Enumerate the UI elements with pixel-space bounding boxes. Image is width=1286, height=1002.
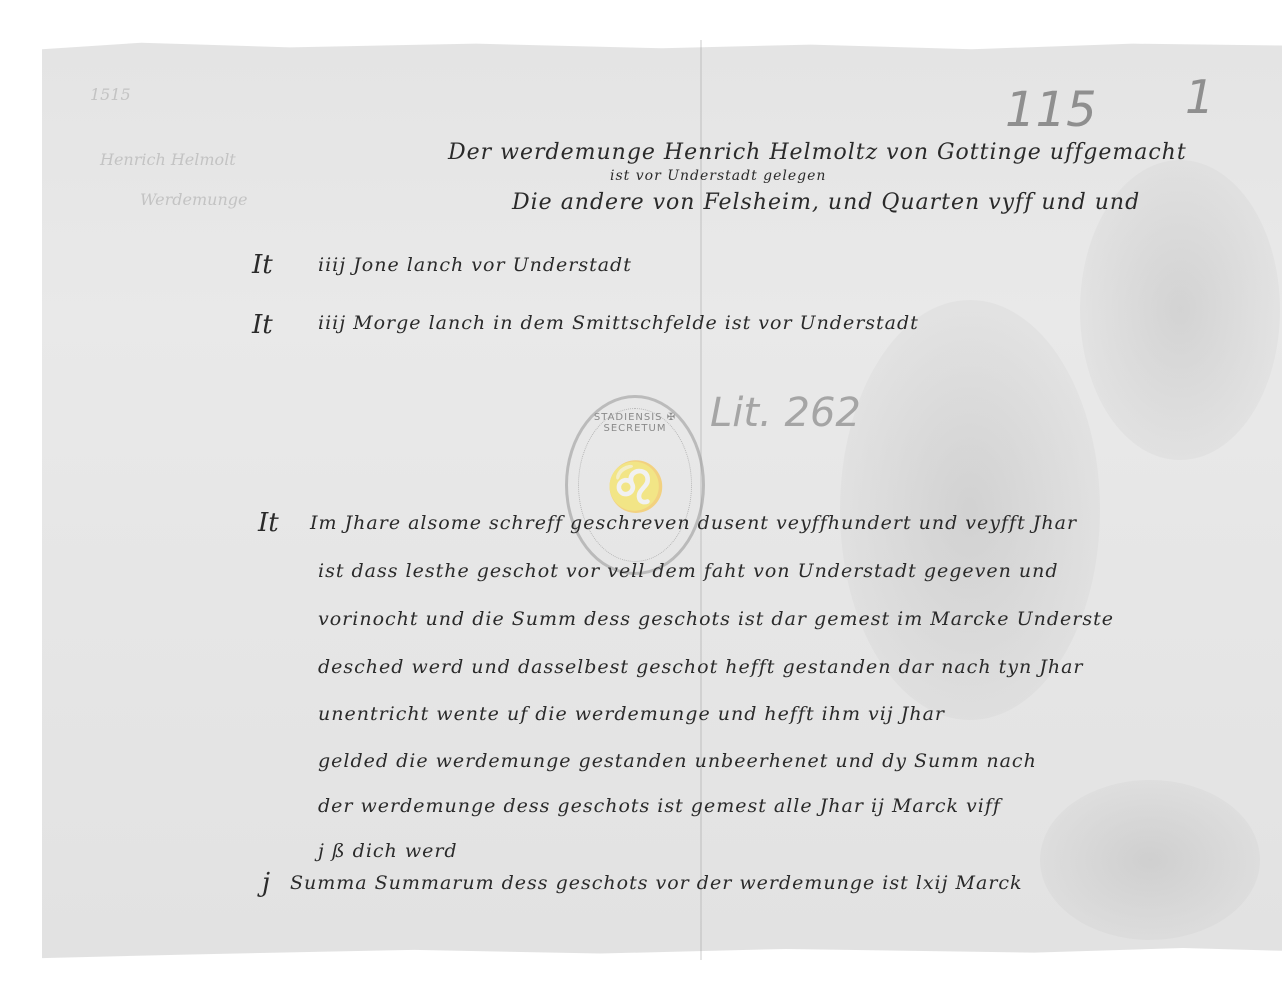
paragraph-line: j ß dich werd [318, 840, 458, 862]
paragraph-line: Im Jhare alsome schreff geschreven dusen… [310, 512, 1077, 534]
ghost-text: Henrich Helmolt [100, 150, 236, 169]
paragraph-line: der werdemunge dess geschots ist gemest … [318, 795, 1001, 817]
water-stain [1040, 780, 1260, 940]
paragraph-line: vorinocht und die Summ dess geschots ist… [318, 608, 1114, 630]
paragraph-line: ist dass lesthe geschot vor vell dem fah… [318, 560, 1059, 582]
seal-inscription: STADIENSIS ✠ SECRETUM [568, 412, 702, 434]
total-line: Summa Summarum dess geschots vor der wer… [290, 872, 1023, 894]
paragraph-line: unentricht wente uf die werdemunge und h… [318, 703, 945, 725]
item-line: iiij Jone lanch vor Understadt [318, 254, 632, 276]
archive-signature: Lit. 262 [710, 390, 861, 436]
paragraph-line: desched werd und dasselbest geschot heff… [318, 656, 1084, 678]
item-mark: It [258, 508, 279, 538]
item-mark: It [252, 310, 273, 340]
heading-line: Die andere von Felsheim, und Quarten vyf… [512, 190, 1140, 215]
ghost-text: 1515 [90, 85, 131, 104]
item-mark: It [252, 250, 273, 280]
item-line: iiij Morge lanch in dem Smittschfelde is… [318, 312, 919, 334]
ghost-text: Werdemunge [140, 190, 247, 209]
pencil-number: 115 [1005, 82, 1097, 138]
heading-interlinear: ist vor Understadt gelegen [610, 168, 826, 184]
paragraph-line: gelded die werdemunge gestanden unbeerhe… [318, 750, 1037, 772]
seal-stamp: STADIENSIS ✠ SECRETUM ♌ [565, 395, 705, 575]
lion-icon: ♌ [606, 458, 666, 515]
item-mark: j [262, 868, 270, 898]
folio-number: 1 [1185, 70, 1214, 124]
heading-line: Der werdemunge Henrich Helmoltz von Gott… [448, 140, 1187, 165]
